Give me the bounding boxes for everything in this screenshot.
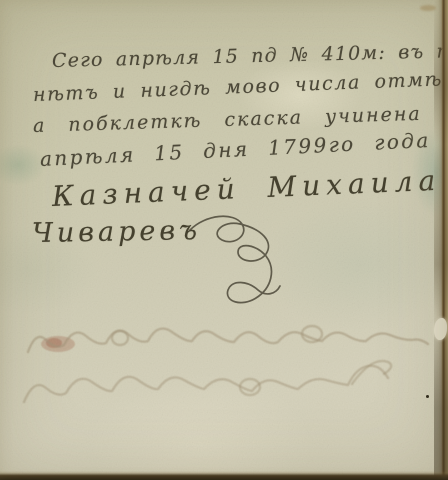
faded-loop-1: [302, 326, 322, 342]
faded-line-2: [24, 366, 388, 402]
ink-speck: [426, 395, 429, 398]
faded-loop-2: [112, 331, 128, 345]
signature-line-2: Чиваревъ: [32, 215, 202, 249]
red-ink-smudge-core: [46, 338, 62, 348]
signature-line-1: Казначей Михаила: [51, 164, 441, 213]
page-bottom-edge: [0, 471, 448, 480]
page-right-edge-shading: [434, 0, 448, 480]
faded-loop-3: [240, 379, 260, 395]
faded-line-1: [28, 329, 428, 352]
manuscript-line-2: нѣтъ и нигдѣ мово числа отмѣтнь: [33, 67, 448, 106]
top-right-smudge: [420, 5, 436, 11]
manuscript-line-1: Сего апрѣля 15 пд № 410м: въ прхдѣ: [52, 39, 448, 72]
faded-flourish-tail: [352, 361, 391, 384]
red-ink-smudge: [41, 336, 75, 352]
manuscript-page: Сего апрѣля 15 пд № 410м: въ прхдѣ нѣтъ …: [0, 0, 448, 480]
